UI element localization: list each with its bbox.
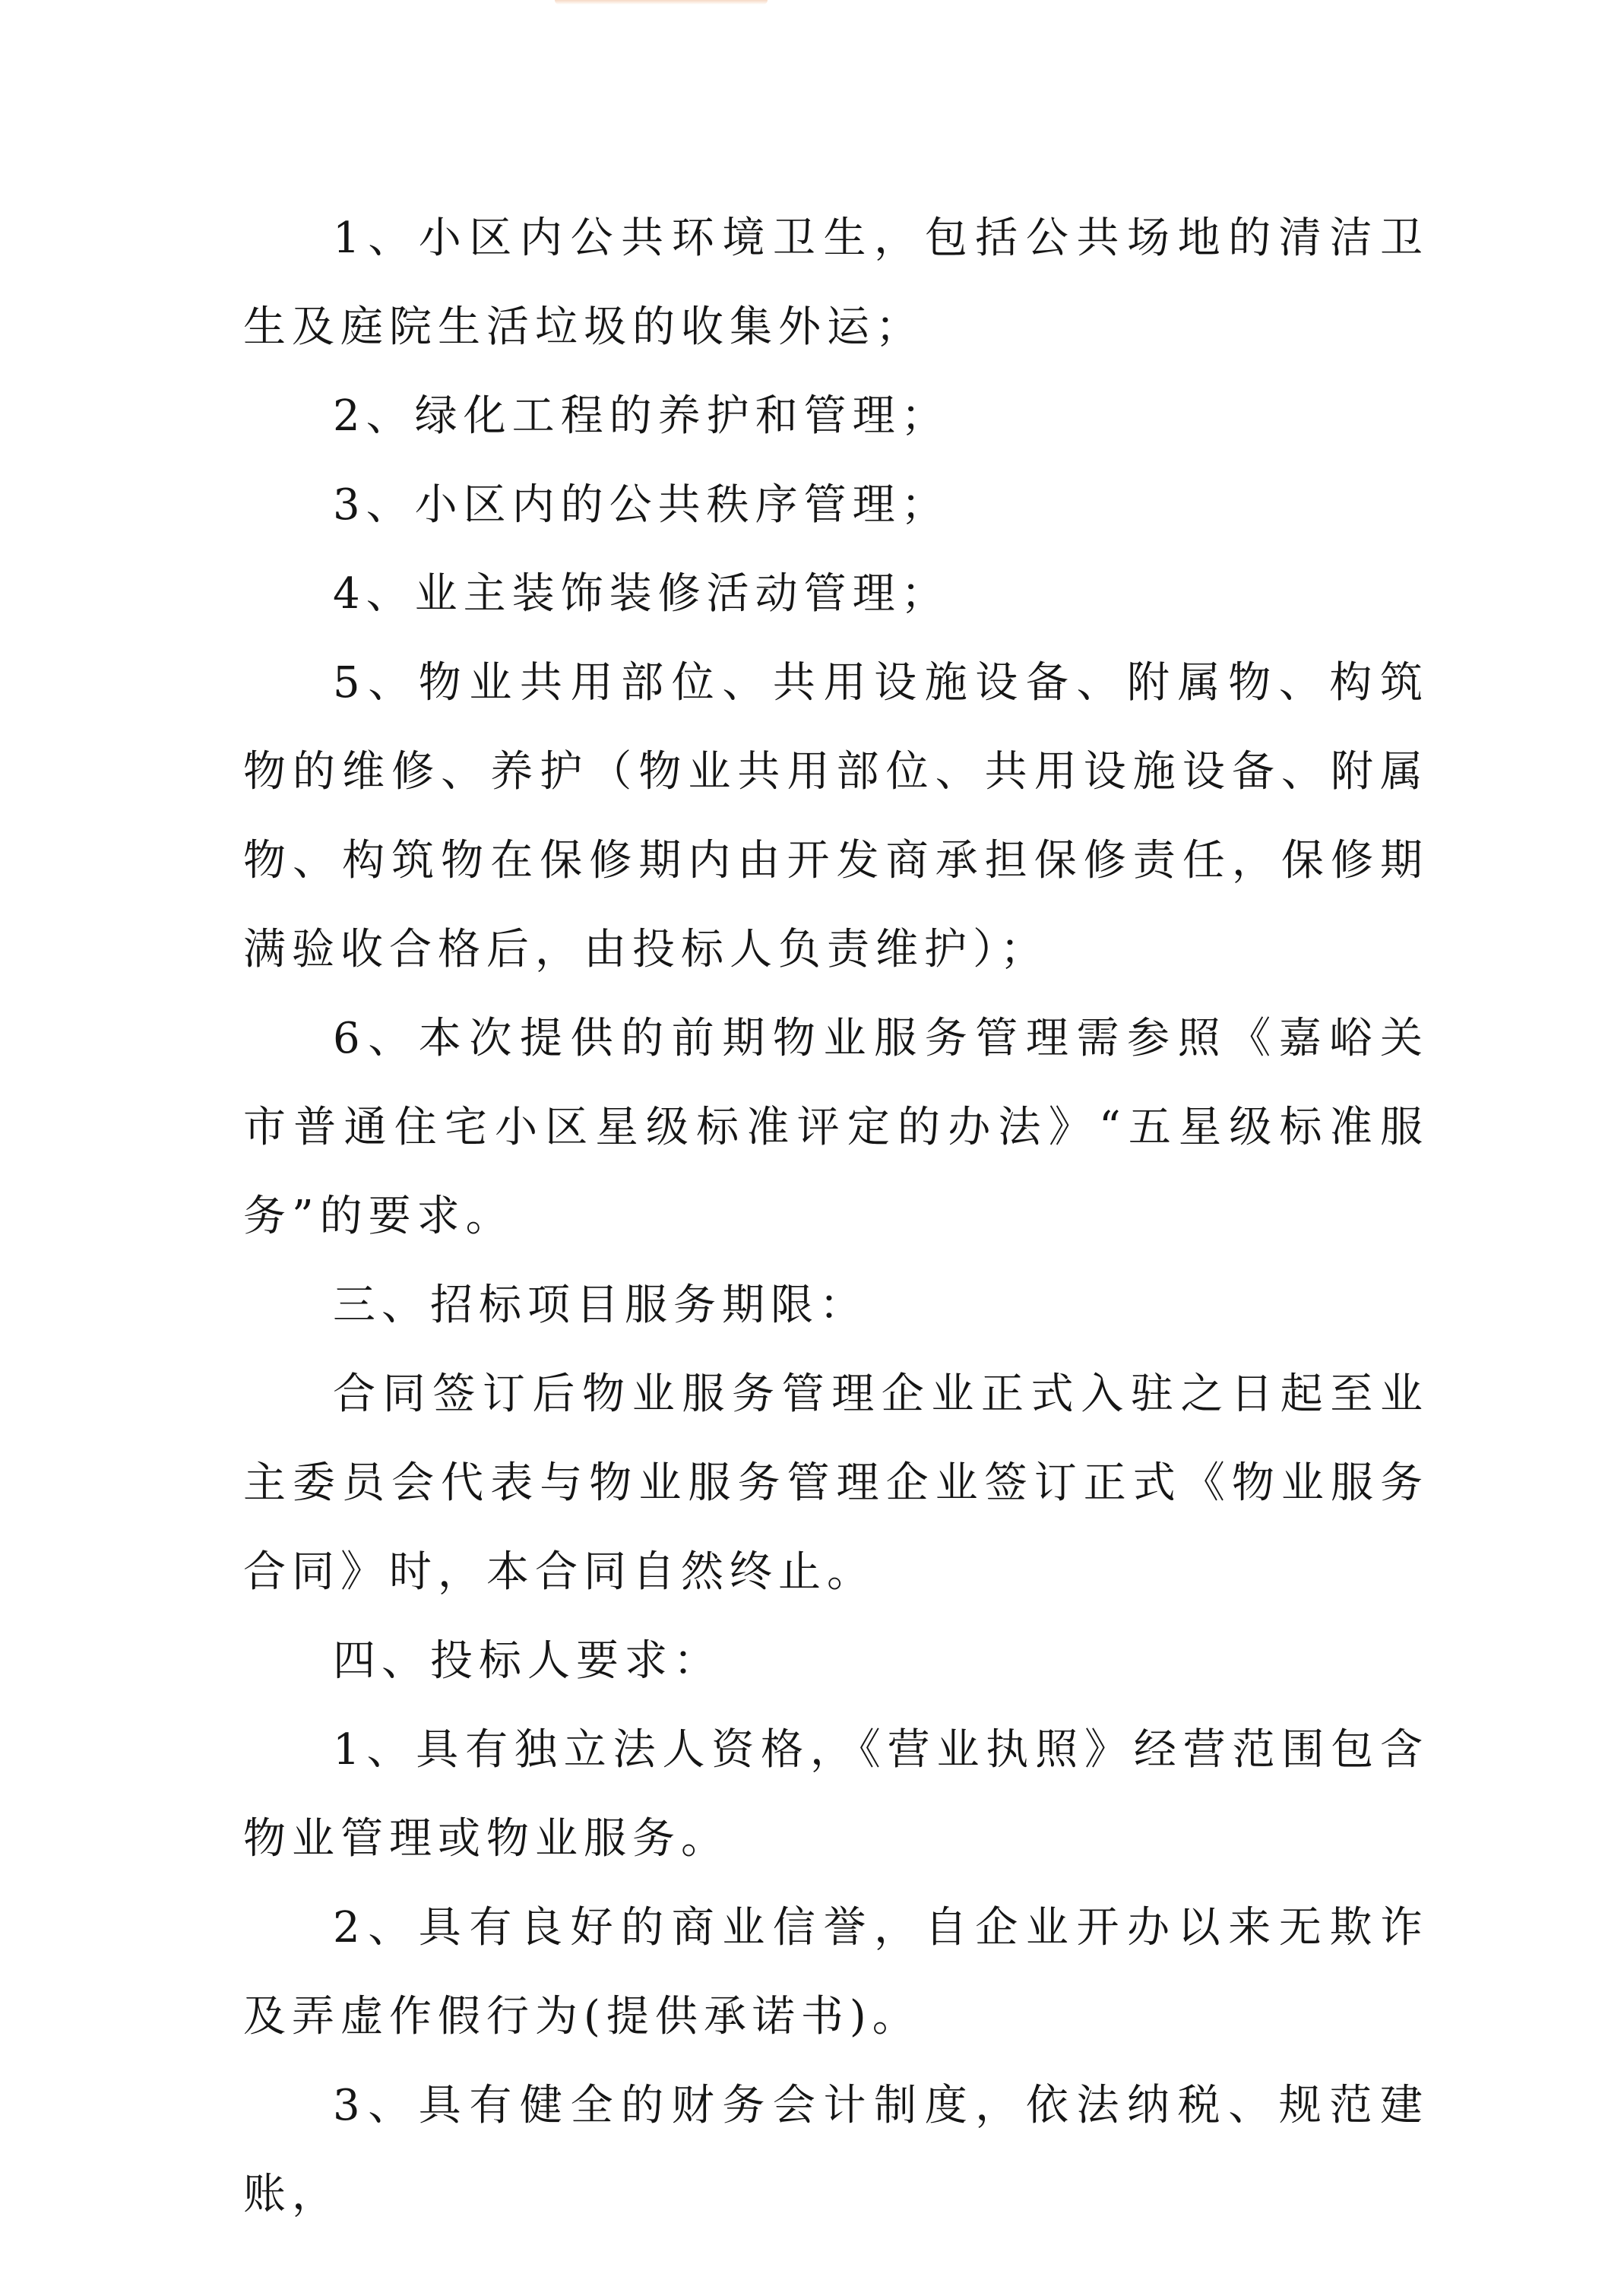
paragraph-item-3-order: 3、小区内的公共秩序管理；	[243, 461, 1429, 549]
section-3-body: 合同签订后物业服务管理企业正式入驻之日起至业主委员会代表与物业服务管理企业签订正…	[243, 1350, 1429, 1617]
paragraph-item-1-environment: 1、小区内公共环境卫生，包括公共场地的清洁卫生及庭院生活垃圾的收集外运；	[243, 194, 1429, 372]
paragraph-item-5-maintenance: 5、物业共用部位、共用设施设备、附属物、构筑物的维修、养护（物业共用部位、共用设…	[243, 638, 1429, 994]
paragraph-req-3-finance: 3、具有健全的财务会计制度，依法纳税、规范建账，	[243, 2061, 1429, 2239]
section-3-heading: 三、招标项目服务期限：	[243, 1261, 1429, 1350]
paragraph-item-4-decoration: 4、业主装饰装修活动管理；	[243, 549, 1429, 638]
section-4-heading: 四、投标人要求：	[243, 1617, 1429, 1705]
document-page: 1、小区内公共环境卫生，包括公共场地的清洁卫生及庭院生活垃圾的收集外运； 2、绿…	[243, 194, 1429, 2239]
paragraph-req-2-reputation: 2、具有良好的商业信誉，自企业开办以来无欺诈及弄虚作假行为(提供承诺书)。	[243, 1883, 1429, 2061]
paragraph-item-6-standard: 6、本次提供的前期物业服务管理需参照《嘉峪关市普通住宅小区星级标准评定的办法》“…	[243, 994, 1429, 1261]
paragraph-req-1-legal: 1、具有独立法人资格，《营业执照》经营范围包含物业管理或物业服务。	[243, 1705, 1429, 1883]
scan-smudge	[555, 0, 768, 5]
paragraph-item-2-greening: 2、绿化工程的养护和管理；	[243, 372, 1429, 461]
